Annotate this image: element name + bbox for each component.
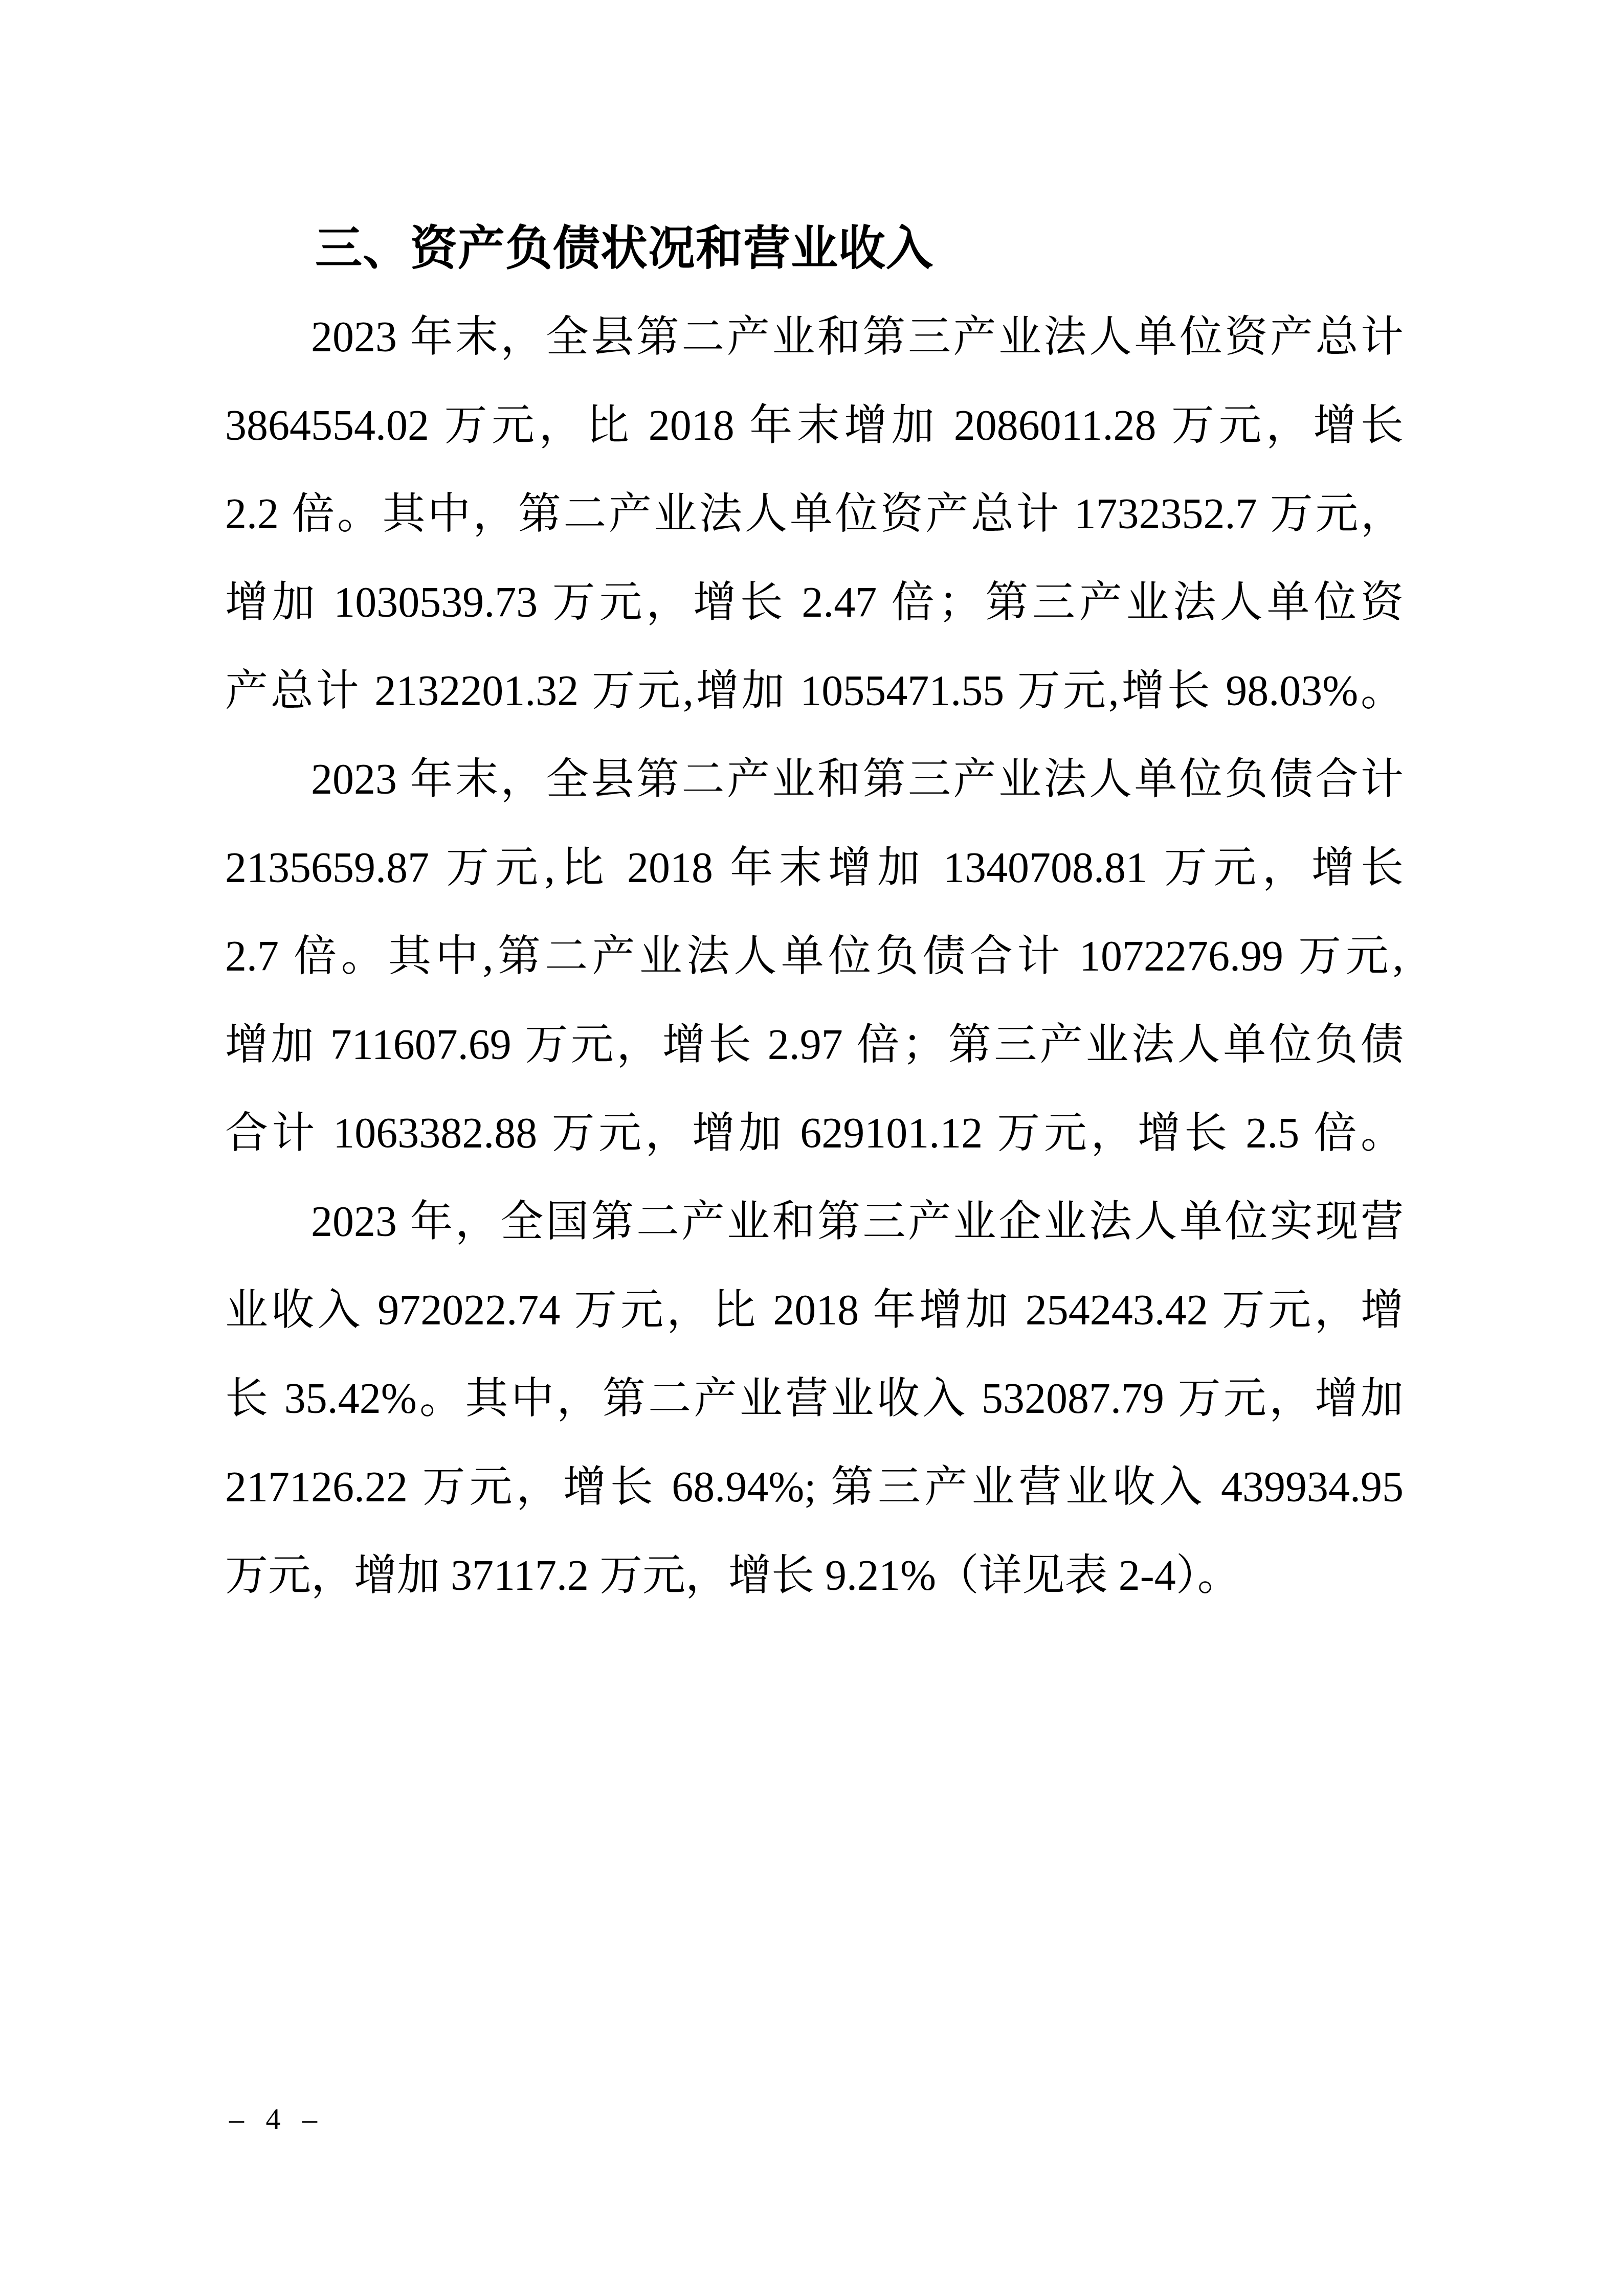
section-heading: 三、资产负债状况和营业收入 <box>225 205 1404 293</box>
text-line: 增加 711607.69 万元，增长 2.97 倍；第三产业法人单位负债 <box>225 1001 1404 1089</box>
text-line: 2135659.87 万元,比 2018 年末增加 1340708.81 万元，… <box>225 824 1404 912</box>
text-line: 2023 年，全国第二产业和第三产业企业法人单位实现营 <box>225 1178 1404 1266</box>
document-body: 三、资产负债状况和营业收入 2023 年末，全县第二产业和第三产业法人单位资产总… <box>225 205 1404 1620</box>
text-line: 217126.22 万元，增长 68.94%; 第三产业营业收入 439934.… <box>225 1443 1404 1532</box>
text-line: 2.2 倍。其中，第二产业法人单位资产总计 1732352.7 万元， <box>225 470 1404 558</box>
text-line: 2.7 倍。其中,第二产业法人单位负债合计 1072276.99 万元, <box>225 912 1404 1001</box>
text-line: 产总计 2132201.32 万元,增加 1055471.55 万元,增长 98… <box>225 647 1404 735</box>
text-line: 2023 年末，全县第二产业和第三产业法人单位负债合计 <box>225 735 1404 824</box>
text-line: 长 35.42%。其中，第二产业营业收入 532087.79 万元，增加 <box>225 1355 1404 1443</box>
text-line: 合计 1063382.88 万元，增加 629101.12 万元，增长 2.5 … <box>225 1089 1404 1178</box>
text-line: 2023 年末，全县第二产业和第三产业法人单位资产总计 <box>225 293 1404 381</box>
paragraph-assets: 2023 年末，全县第二产业和第三产业法人单位资产总计 3864554.02 万… <box>225 293 1404 735</box>
paragraph-revenue: 2023 年，全国第二产业和第三产业企业法人单位实现营 业收入 972022.7… <box>225 1178 1404 1620</box>
text-line: 增加 1030539.73 万元，增长 2.47 倍；第三产业法人单位资 <box>225 558 1404 647</box>
page-number: – 4 – <box>229 2103 324 2135</box>
text-line: 3864554.02 万元，比 2018 年末增加 2086011.28 万元，… <box>225 381 1404 470</box>
paragraph-liabilities: 2023 年末，全县第二产业和第三产业法人单位负债合计 2135659.87 万… <box>225 735 1404 1178</box>
text-line: 万元，增加 37117.2 万元，增长 9.21%（详见表 2-4）。 <box>225 1532 1404 1620</box>
text-line: 业收入 972022.74 万元，比 2018 年增加 254243.42 万元… <box>225 1266 1404 1355</box>
